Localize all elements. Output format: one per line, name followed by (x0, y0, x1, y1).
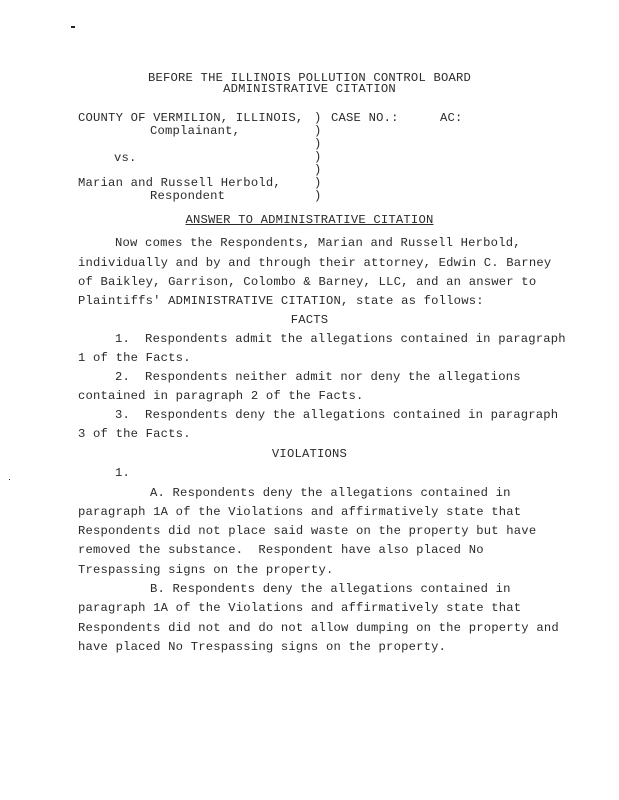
caption-bracket: ) (314, 150, 322, 164)
intro-line: Plaintiffs' ADMINISTRATIVE CITATION, sta… (78, 294, 484, 308)
complainant-role: Complainant, (150, 124, 240, 138)
violation-b-cont: have placed No Trespassing signs on the … (78, 640, 446, 654)
violation-b: B. Respondents deny the allegations cont… (150, 582, 511, 596)
citation-heading: ADMINISTRATIVE CITATION (0, 82, 619, 96)
fact-3-cont: 3 of the Facts. (78, 427, 191, 441)
complainant-name: COUNTY OF VERMILION, ILLINOIS, (78, 111, 303, 125)
caption-bracket: ) (314, 111, 322, 125)
caption-bracket: ) (314, 137, 322, 151)
violation-a-cont: Trespassing signs on the property. (78, 563, 333, 577)
fact-2-cont: contained in paragraph 2 of the Facts. (78, 389, 364, 403)
scan-speck (9, 479, 10, 480)
violation-number: 1. (115, 466, 130, 480)
violation-a-cont: removed the substance. Respondent have a… (78, 543, 484, 557)
facts-heading: FACTS (0, 313, 619, 327)
case-number-value: AC: (440, 111, 463, 125)
respondent-role: Respondent (150, 189, 225, 203)
violation-b-cont: Respondents did not and do not allow dum… (78, 621, 559, 635)
violation-a: A. Respondents deny the allegations cont… (150, 486, 511, 500)
scan-speck (71, 26, 75, 28)
caption-bracket: ) (314, 124, 322, 138)
intro-line: individually and by and through their at… (78, 256, 551, 270)
fact-1-cont: 1 of the Facts. (78, 351, 191, 365)
violation-a-cont: Respondents did not place said waste on … (78, 524, 536, 538)
caption-bracket: ) (314, 163, 322, 177)
caption-bracket: ) (314, 176, 322, 190)
respondent-name: Marian and Russell Herbold, (78, 176, 281, 190)
intro-line: Now comes the Respondents, Marian and Ru… (115, 236, 521, 250)
document-title: ANSWER TO ADMINISTRATIVE CITATION (0, 213, 619, 227)
case-number-label: CASE NO.: (331, 111, 399, 125)
caption-bracket: ) (314, 189, 322, 203)
intro-line: of Baikley, Garrison, Colombo & Barney, … (78, 275, 536, 289)
violations-heading: VIOLATIONS (0, 447, 619, 461)
fact-3: 3. Respondents deny the allegations cont… (115, 408, 558, 422)
violation-b-cont: paragraph 1A of the Violations and affir… (78, 601, 521, 615)
fact-1: 1. Respondents admit the allegations con… (115, 332, 566, 346)
versus: vs. (114, 151, 137, 165)
violation-a-cont: paragraph 1A of the Violations and affir… (78, 505, 521, 519)
fact-2: 2. Respondents neither admit nor deny th… (115, 370, 521, 384)
